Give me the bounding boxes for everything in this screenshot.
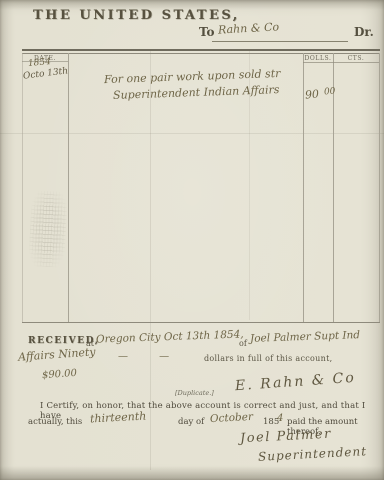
duplicate-label: [Duplicate.] [175,389,214,397]
entry-amount-dollars: 90 [304,87,319,101]
certification-month-handwritten: October [210,411,254,425]
header-rule-thick [22,49,380,51]
certification-day-handwritten: thirteenth [90,410,147,426]
payee-underline [212,41,348,42]
certification-line2-prefix: actually, this [28,417,82,427]
page-title: THE UNITED STATES, [33,8,240,23]
payee-handwritten: Rahn & Co [218,20,280,36]
table-bottom-rule [22,322,380,323]
table-line-right [379,53,380,322]
received-amount-figures-handwritten: $90.00 [42,368,78,381]
received-dashes-handwritten: — — [118,351,183,362]
received-amount-words-handwritten: Affairs Ninety [18,345,96,363]
dr-label: Dr. [354,25,374,39]
dolls-column-header: DOLLS. [303,55,333,62]
certification-year-digit-handwritten: 4 [277,413,283,424]
received-of-label: of [239,339,247,348]
cts-column-header: CTS. [333,55,379,62]
entry-description-line2: Superintendent Indian Affairs [113,83,280,102]
table-line-left [22,53,23,322]
header-rule-thin [22,53,380,54]
superintendent-signature-title: Superintendent [258,444,368,464]
received-dollars-text: dollars in full of this account, [204,354,332,363]
faint-vertical-stamp [28,190,68,268]
payee-signature-handwritten: E. Rahn & Co [235,370,357,394]
to-label: To [199,25,215,39]
table-line-date-divider [68,53,69,322]
received-payer-handwritten: Joel Palmer Supt Ind [250,329,360,345]
superintendent-signature-name: Joel Palmer [240,427,332,447]
document-page: THE UNITED STATES, To Rahn & Co Dr. DATE… [0,0,384,480]
amount-header-underline [303,62,379,63]
entry-year-handwritten: 1854 [28,57,52,69]
certification-line2-middle: day of [178,417,204,427]
received-place-date-handwritten: Oregon City Oct 13th 1854, [96,328,244,345]
entry-amount-cents: 00 [324,87,336,98]
table-line-dolls-left [303,53,304,322]
fold-crease-horizontal [0,133,384,134]
